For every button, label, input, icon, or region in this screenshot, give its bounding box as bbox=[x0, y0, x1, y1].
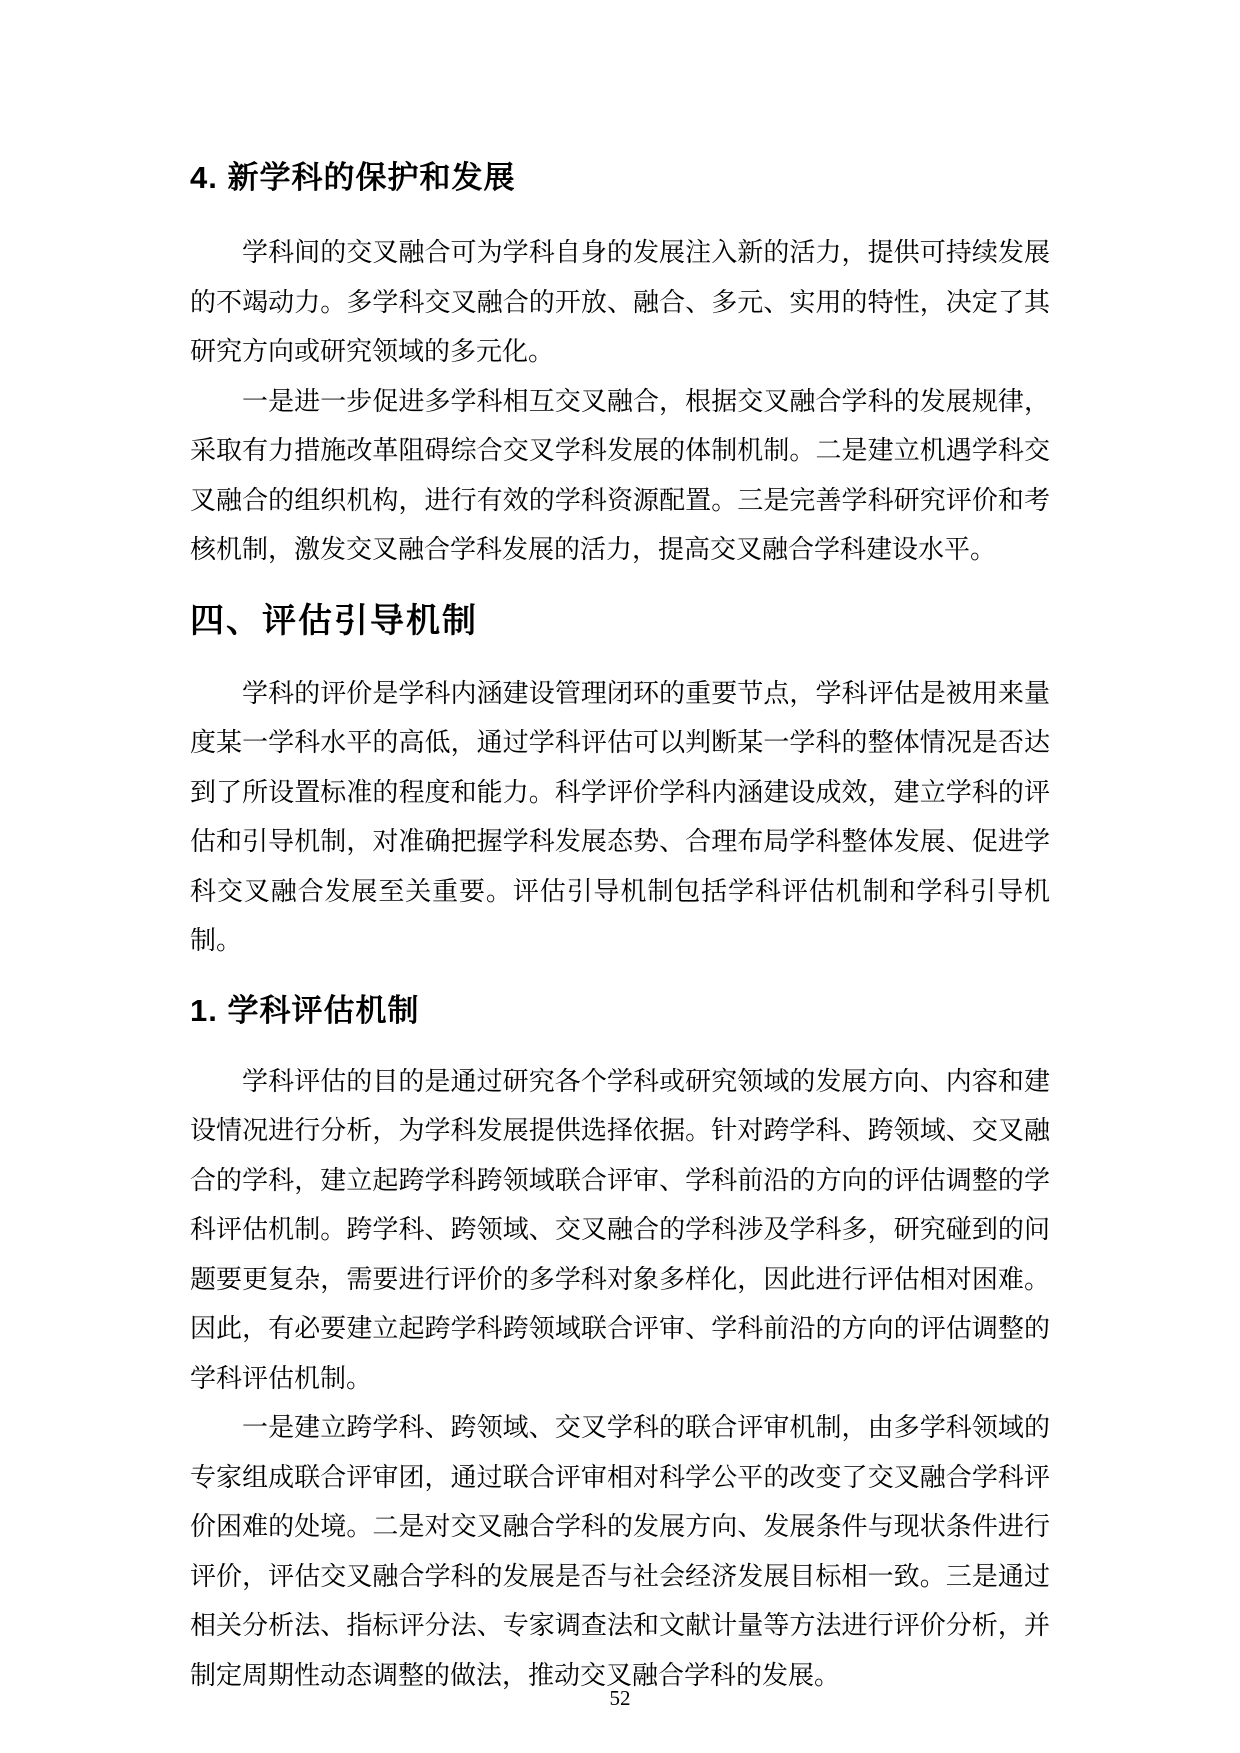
section-heading-1: 1. 学科评估机制 bbox=[190, 991, 1050, 1031]
paragraph-1: 学科间的交叉融合可为学科自身的发展注入新的活力，提供可持续发展的不竭动力。多学科… bbox=[190, 228, 1050, 377]
document-page: 4. 新学科的保护和发展 学科间的交叉融合可为学科自身的发展注入新的活力，提供可… bbox=[0, 0, 1240, 1753]
page-number: 52 bbox=[0, 1684, 1240, 1712]
section-heading-4: 4. 新学科的保护和发展 bbox=[190, 158, 1050, 198]
paragraph-5: 一是建立跨学科、跨领域、交叉学科的联合评审机制，由多学科领域的专家组成联合评审团… bbox=[190, 1403, 1050, 1700]
paragraph-2: 一是进一步促进多学科相互交叉融合，根据交叉融合学科的发展规律，采取有力措施改革阻… bbox=[190, 377, 1050, 575]
paragraph-3: 学科的评价是学科内涵建设管理闭环的重要节点，学科评估是被用来量度某一学科水平的高… bbox=[190, 669, 1050, 966]
chapter-heading: 四、评估引导机制 bbox=[190, 598, 1050, 644]
paragraph-4: 学科评估的目的是通过研究各个学科或研究领域的发展方向、内容和建设情况进行分析，为… bbox=[190, 1057, 1050, 1404]
